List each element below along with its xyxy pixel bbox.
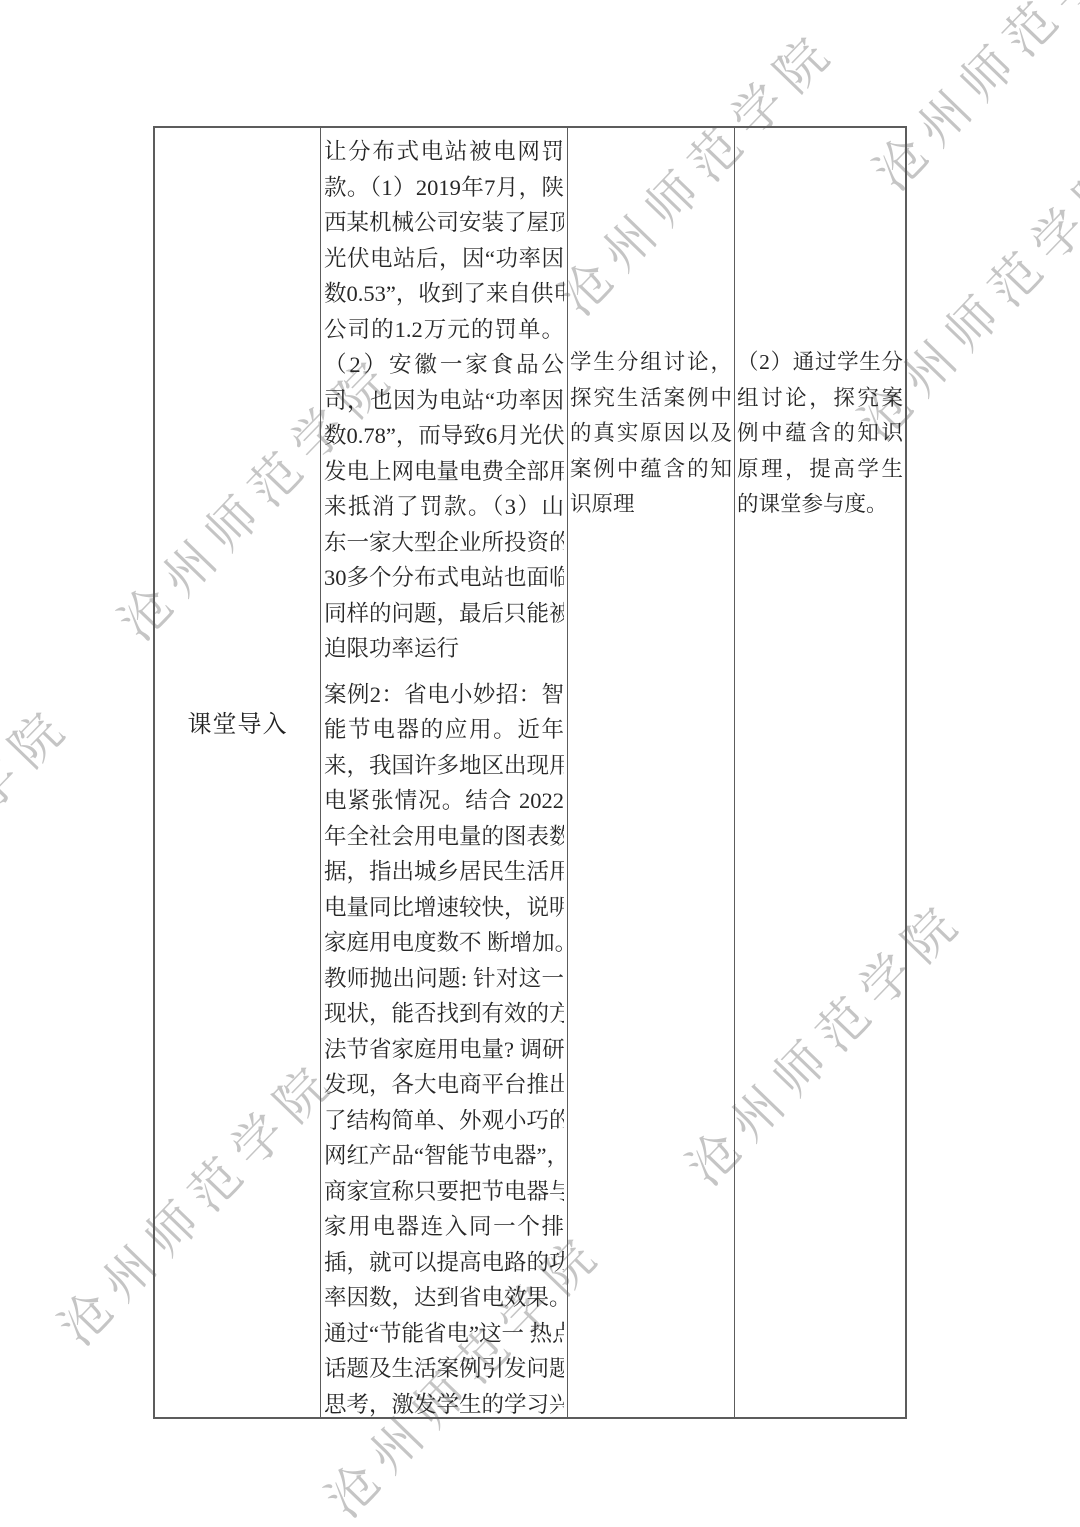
paragraph-case2: 案例2：省电小妙招：智能节电器的应用。近年来，我国许多地区出现用电紧张情况。结合… [324,677,564,1418]
text-line: 西某机械公司安装了屋顶 [324,205,564,241]
text-line: 数0.53”，收到了来自供电 [324,276,564,312]
text-line: 据，指出城乡居民生活用 [324,854,564,890]
text-line: （2）通过学生分 [737,345,903,381]
text-line: 同样的问题，最后只能被 [324,596,564,632]
text-line: 电量同比增速较快，说明 [324,890,564,926]
lesson-plan-table: 课堂导入 让分布式电站被电网罚款。（1）2019年7月，陕西某机械公司安装了屋顶… [153,126,907,1419]
text-line: 组讨论，探究案 [737,381,903,417]
text-line: 年全社会用电量的图表数 [324,819,564,855]
text-line: 家用电器连入同一个排 [324,1209,564,1245]
text-line: 通过“节能省电”这一 热点 [324,1316,564,1352]
text-line: 网红产品“智能节电器”， [324,1138,564,1174]
paragraph-case1: 让分布式电站被电网罚款。（1）2019年7月，陕西某机械公司安装了屋顶光伏电站后… [324,134,564,667]
text-line: 法节省家庭用电量? 调研 [324,1032,564,1068]
text-line: 学生分组讨论， [570,345,732,381]
text-line: 案例中蕴含的知 [570,452,732,488]
text-line: 例中蕴含的知识 [737,416,903,452]
text-line: 率因数，达到省电效果。 [324,1280,564,1316]
text-line: 司，也因为电站“功率因 [324,383,564,419]
text-line: 发现，各大电商平台推出 [324,1067,564,1103]
text-line: 发电上网电量电费全部用 [324,454,564,490]
design-intent-text: （2）通过学生分组讨论，探究案例中蕴含的知识原理，提高学生的课堂参与度。 [737,345,903,523]
text-line: 案例2：省电小妙招：智 [324,677,564,713]
text-line: 迫限功率运行 [324,631,564,667]
text-line: 光伏电站后，因“功率因 [324,241,564,277]
text-line: 原理，提高学生 [737,452,903,488]
text-line: （2）安徽一家食品公 [324,347,564,383]
text-line: 来抵消了罚款。（3）山 [324,489,564,525]
text-line: 来，我国许多地区出现用 [324,748,564,784]
text-line: 识原理 [570,487,732,523]
text-line: 思考，激发学生的学习兴 [324,1387,564,1418]
text-line: 家庭用电度数不 断增加。 [324,925,564,961]
text-line: 数0.78”，而导致6月光伏 [324,418,564,454]
text-line: 探究生活案例中 [570,381,732,417]
text-line: 让分布式电站被电网罚 [324,134,564,170]
cell-student-activity: 学生分组讨论，探究生活案例中的真实原因以及案例中蕴含的知识原理 [568,128,735,1417]
text-line: 的真实原因以及 [570,416,732,452]
student-activity-text: 学生分组讨论，探究生活案例中的真实原因以及案例中蕴含的知识原理 [570,345,732,523]
text-line: 东一家大型企业所投资的 [324,525,564,561]
cell-teaching-content: 让分布式电站被电网罚款。（1）2019年7月，陕西某机械公司安装了屋顶光伏电站后… [321,128,568,1417]
text-line: 款。（1）2019年7月，陕 [324,170,564,206]
text-line: 商家宣称只要把节电器与 [324,1174,564,1210]
text-line: 话题及生活案例引发问题 [324,1351,564,1387]
cell-stage-label: 课堂导入 [155,128,321,1417]
text-line: 公司的1.2万元的罚单。 [324,312,564,348]
text-line: 30多个分布式电站也面临 [324,560,564,596]
text-line: 现状，能否找到有效的方 [324,996,564,1032]
text-line: 能节电器的应用。近年 [324,712,564,748]
text-line: 的课堂参与度。 [737,487,903,523]
text-line: 插，就可以提高电路的功 [324,1245,564,1281]
text-line: 教师抛出问题: 针对这一 [324,961,564,997]
text-line: 电紧张情况。结合 2022 [324,783,564,819]
document-page: 沧州师范学院沧州师范学院沧州师范学院沧州师范学院沧州师范学院沧州师范学院沧州师范… [0,0,1080,1527]
text-line: 了结构简单、外观小巧的 [324,1103,564,1139]
stage-label: 课堂导入 [155,704,320,739]
watermark-text: 沧州师范学院 [0,686,85,1004]
cell-design-intent: （2）通过学生分组讨论，探究案例中蕴含的知识原理，提高学生的课堂参与度。 [735,128,905,1417]
